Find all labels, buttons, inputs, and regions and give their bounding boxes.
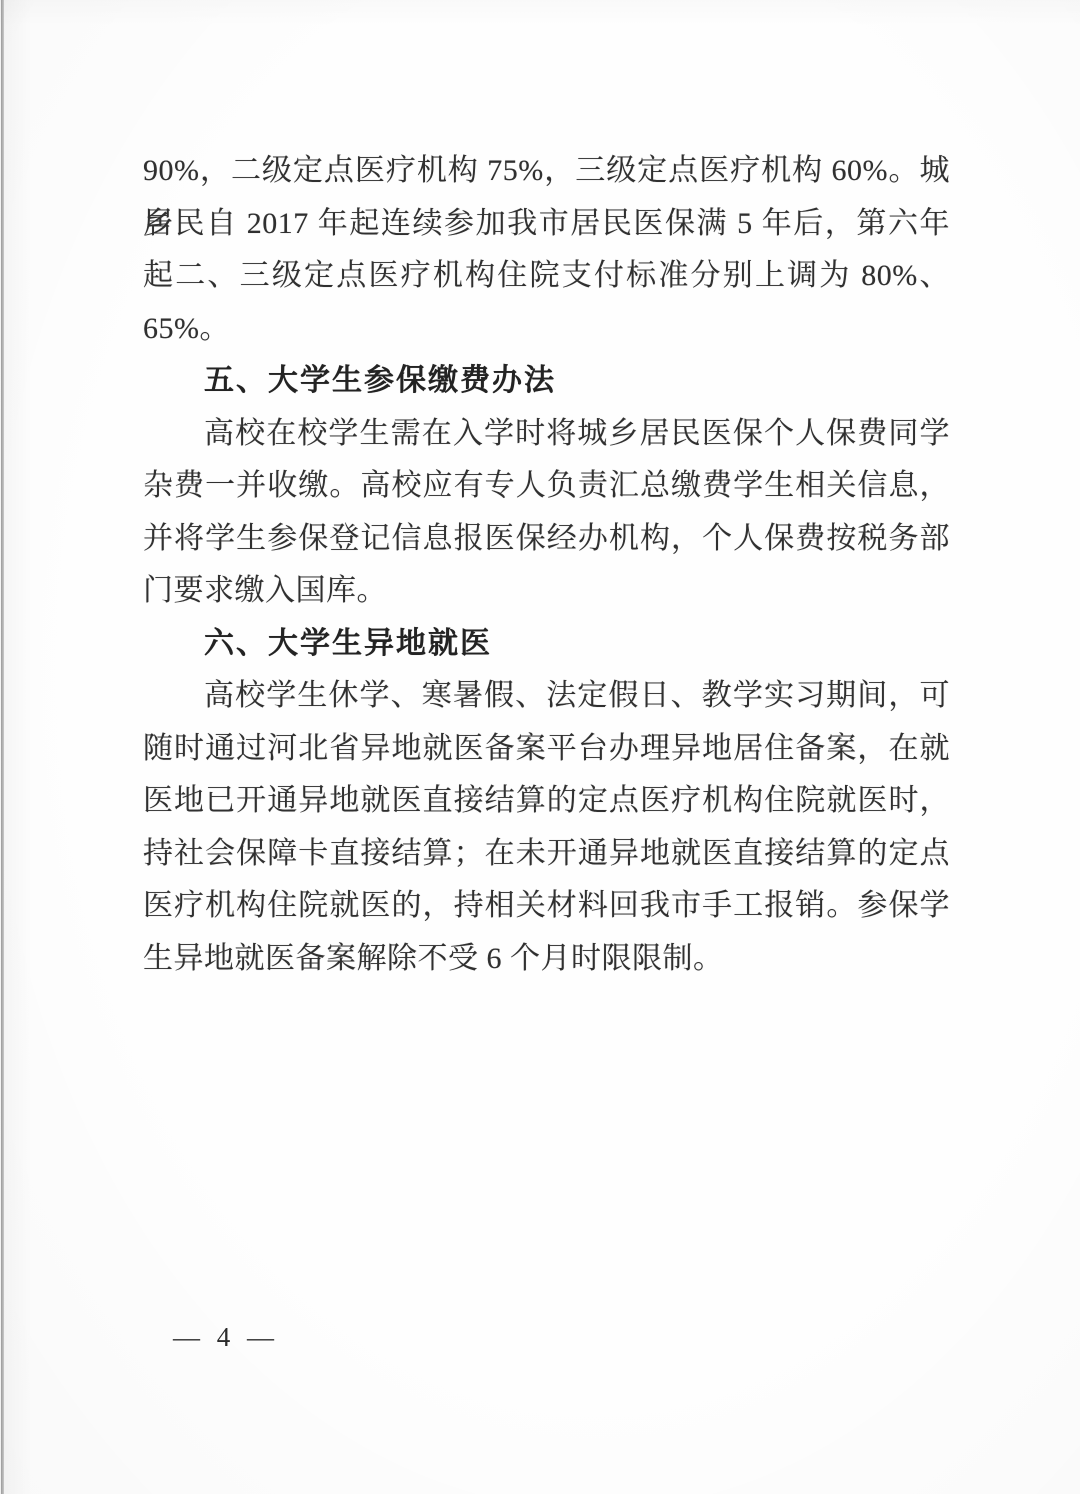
paragraph-line: 生异地就医备案解除不受 6 个月时限限制。 <box>143 933 950 986</box>
paragraph-line: 并将学生参保登记信息报医保经办机构，个人保费按税务部 <box>143 513 950 566</box>
paragraph-line: 持社会保障卡直接结算；在未开通异地就医直接结算的定点 <box>143 828 950 881</box>
page-number: — 4 — <box>173 1317 279 1357</box>
scan-edge-artifact <box>1 0 4 1494</box>
paragraph-line: 高校在校学生需在入学时将城乡居民医保个人保费同学 <box>143 408 950 461</box>
paragraph-line: 随时通过河北省异地就医备案平台办理异地居住备案，在就 <box>143 723 950 776</box>
paragraph-line: 起二、三级定点医疗机构住院支付标准分别上调为 80%、 <box>143 250 950 303</box>
section-heading-6: 六、大学生异地就医 <box>143 618 950 671</box>
paragraph-line: 医地已开通异地就医直接结算的定点医疗机构住院就医时， <box>143 775 950 828</box>
paragraph-line: 医疗机构住院就医的，持相关材料回我市手工报销。参保学 <box>143 880 950 933</box>
paragraph-line: 高校学生休学、寒暑假、法定假日、教学实习期间，可 <box>143 670 950 723</box>
paragraph-line: 杂费一并收缴。高校应有专人负责汇总缴费学生相关信息， <box>143 460 950 513</box>
paragraph-line: 门要求缴入国库。 <box>143 565 950 618</box>
document-body: 90%，二级定点医疗机构 75%，三级定点医疗机构 60%。城乡 居民自 201… <box>143 145 950 985</box>
paragraph-line: 65%。 <box>143 303 950 356</box>
paragraph-line: 90%，二级定点医疗机构 75%，三级定点医疗机构 60%。城乡 <box>143 145 950 198</box>
section-heading-5: 五、大学生参保缴费办法 <box>143 355 950 408</box>
scanned-document-page: 90%，二级定点医疗机构 75%，三级定点医疗机构 60%。城乡 居民自 201… <box>0 0 1080 1494</box>
paragraph-line: 居民自 2017 年起连续参加我市居民医保满 5 年后，第六年 <box>143 198 950 251</box>
